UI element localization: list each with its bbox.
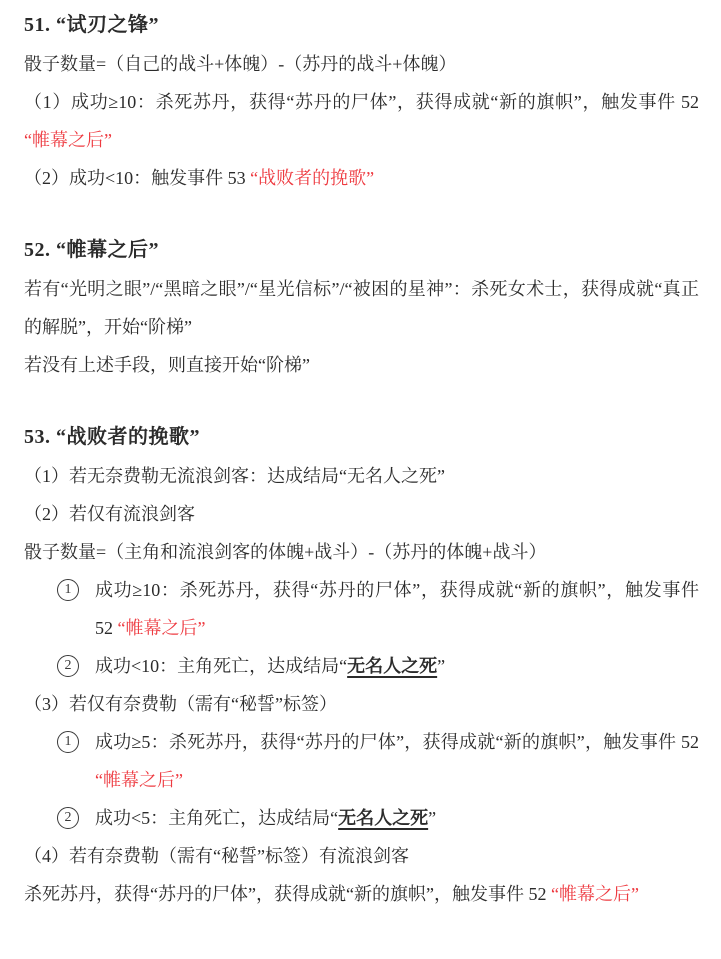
section-52-heading: 52. “帷幕之后”: [24, 230, 699, 270]
document-page: 51. “试刃之锋” 骰子数量=（自己的战斗+体魄）-（苏丹的战斗+体魄） （1…: [0, 0, 721, 921]
text-run: （3）若仅有奈费勒（需有“秘誓”标签）: [24, 694, 337, 714]
paragraph-dice-formula-2: 骰子数量=（主角和流浪剑客的体魄+战斗）-（苏丹的体魄+战斗）: [24, 533, 699, 571]
section-53-heading: 53. “战败者的挽歌”: [24, 417, 699, 457]
document-body: { "palette": { "background": "#ffffff", …: [0, 0, 721, 959]
circled-number-marker: 2: [57, 655, 79, 677]
text-run: 骰子数量=（主角和流浪剑客的体魄+战斗）-（苏丹的体魄+战斗）: [24, 542, 546, 562]
text-run: （4）若有奈费勒（需有“秘誓”标签）有流浪剑客: [24, 846, 409, 866]
text-run: ”: [437, 656, 445, 676]
numbered-item-2: 2成功<10：主角死亡，达成结局“无名人之死”: [24, 647, 699, 685]
text-run-ending-name: 无名人之死: [338, 808, 428, 828]
text-run: （2）若仅有流浪剑客: [24, 504, 195, 524]
paragraph-case-4: （4）若有奈费勒（需有“秘誓”标签）有流浪剑客: [24, 837, 699, 875]
text-run: 成功<10：主角死亡，达成结局“: [95, 656, 347, 676]
paragraph-condition-items: 若有“光明之眼”/“黑暗之眼”/“星光信标”/“被困的星神”：杀死女术士，获得成…: [24, 270, 699, 346]
text-run: 杀死苏丹，获得“苏丹的尸体”，获得成就“新的旗帜”，触发事件 52: [24, 884, 551, 904]
text-run: 若有“光明之眼”/“黑暗之眼”/“星光信标”/“被困的星神”：杀死女术士，获得成…: [24, 279, 699, 337]
text-run-event-link: “帷幕之后”: [118, 618, 206, 638]
paragraph-case-3: （3）若仅有奈费勒（需有“秘誓”标签）: [24, 685, 699, 723]
circled-number-marker: 2: [57, 807, 79, 829]
numbered-item-1: 1成功≥10：杀死苏丹，获得“苏丹的尸体”，获得成就“新的旗帜”，触发事件 52…: [24, 571, 699, 647]
text-run-event-link: “帷幕之后”: [551, 884, 639, 904]
text-run-event-link: “帷幕之后”: [95, 770, 183, 790]
text-run: ”: [428, 808, 436, 828]
text-run: 骰子数量=（自己的战斗+体魄）-（苏丹的战斗+体魄）: [24, 54, 456, 74]
paragraph-success-lt10: （2）成功<10：触发事件 53 “战败者的挽歌”: [24, 159, 699, 197]
section-51-heading: 51. “试刃之锋”: [24, 5, 699, 45]
paragraph-no-means: 若没有上述手段，则直接开始“阶梯”: [24, 346, 699, 384]
text-run: 若没有上述手段，则直接开始“阶梯”: [24, 355, 310, 375]
text-run: 成功<5：主角死亡，达成结局“: [95, 808, 338, 828]
circled-number-marker: 1: [57, 731, 79, 753]
paragraph-success-ge10: （1）成功≥10：杀死苏丹，获得“苏丹的尸体”，获得成就“新的旗帜”，触发事件 …: [24, 83, 699, 159]
text-run: （1）若无奈费勒无流浪剑客：达成结局“无名人之死”: [24, 466, 445, 486]
paragraph-case-1: （1）若无奈费勒无流浪剑客：达成结局“无名人之死”: [24, 457, 699, 495]
text-run: （2）成功<10：触发事件 53: [24, 168, 250, 188]
text-run: （1）成功≥10：杀死苏丹，获得“苏丹的尸体”，获得成就“新的旗帜”，触发事件 …: [24, 92, 704, 112]
paragraph-dice-formula: 骰子数量=（自己的战斗+体魄）-（苏丹的战斗+体魄）: [24, 45, 699, 83]
numbered-item-2: 2成功<5：主角死亡，达成结局“无名人之死”: [24, 799, 699, 837]
text-run: 成功≥5：杀死苏丹，获得“苏丹的尸体”，获得成就“新的旗帜”，触发事件 52: [95, 732, 704, 752]
text-run-event-link: “战败者的挽歌”: [250, 168, 374, 188]
numbered-item-1: 1成功≥5：杀死苏丹，获得“苏丹的尸体”，获得成就“新的旗帜”，触发事件 52 …: [24, 723, 699, 799]
text-run-event-link: “帷幕之后”: [24, 130, 112, 150]
paragraph-case-2: （2）若仅有流浪剑客: [24, 495, 699, 533]
circled-number-marker: 1: [57, 579, 79, 601]
paragraph-case-4-result: 杀死苏丹，获得“苏丹的尸体”，获得成就“新的旗帜”，触发事件 52 “帷幕之后”: [24, 875, 699, 913]
text-run-ending-name: 无名人之死: [347, 656, 437, 676]
